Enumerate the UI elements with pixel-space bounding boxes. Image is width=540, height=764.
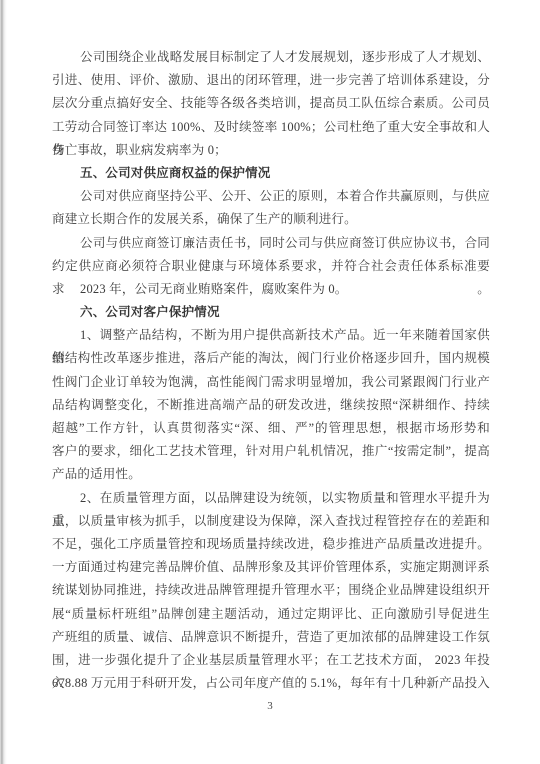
text-line: 统谋划协同推进，持续改进品牌管理提升管理水平；围绕企业品牌建设组织开 <box>52 579 490 602</box>
page-number: 3 <box>0 699 540 713</box>
text-line: 点，以质量审核为抓手，以制度建设为保障，深入查找过程管控存在的差距和 <box>52 510 490 533</box>
text-line: 展“质量标杆班组”品牌创建主题活动，通过定期评比、正向激励引导促进生 <box>52 603 490 626</box>
text-line: 超越”工作方针，认真贯彻落实“深、细、严”的管理思想，根据市场形势和 <box>52 417 490 440</box>
text-line: 引进、使用、评价、激励、退出的闭环管理，进一步完善了培训体系建设，分 <box>52 69 490 92</box>
text-line: 层次分重点搞好安全、技能等各级各类培训，提高员工队伍综合素质。公司员 <box>52 92 490 115</box>
text-line: 约定供应商必须符合职业健康与环境体系要求，并符合社会责任体系标准要求。 <box>52 255 490 278</box>
text-line: 工劳动合同签订率达 100%、及时续签率 100%；公司杜绝了重大安全事故和人身 <box>52 116 490 139</box>
text-line: 公司与供应商签订廉洁责任书，同时公司与供应商签订供应协议书，合同 <box>52 232 490 255</box>
text-line: 2、在质量管理方面，以品牌建设为统领，以实物质量和管理水平提升为重 <box>52 487 490 510</box>
text-line: 围，进一步强化提升了企业基层质量管理水平；在工艺技术方面， 2023 年投入 <box>52 649 490 672</box>
text-line: 公司对供应商坚持公平、公开、公正的原则，本着合作共赢原则，与供应 <box>52 185 490 208</box>
document-body: 公司围绕企业战略发展目标制定了人才发展规划，逐步形成了人才规划、引进、使用、评价… <box>52 46 490 695</box>
text-line: 一方面通过构建完善品牌价值、品牌形象及其评价管理体系，实施定期测评系 <box>52 556 490 579</box>
text-line: 产班组的质量、诚信、品牌意识不断提升，营造了更加浓郁的品牌建设工作氛 <box>52 626 490 649</box>
text-line: 伤亡事故，职业病发病率为 0； <box>52 139 490 162</box>
scan-edge-artifact <box>0 0 7 764</box>
text-line: 性阀门企业订单较为饱满，高性能阀门需求明显增加，我公司紧跟阀门行业产 <box>52 371 490 394</box>
text-line: 品结构调整变化，不断推进高端产品的研发改进，继续按照“深耕细作、持续 <box>52 394 490 417</box>
text-line: 产品的适用性。 <box>52 463 490 486</box>
section-heading: 六、公司对客户保护情况 <box>52 301 490 324</box>
document-page: 公司围绕企业战略发展目标制定了人才发展规划，逐步形成了人才规划、引进、使用、评价… <box>0 0 540 764</box>
text-line: 客户的要求，细化工艺技术管理，针对用户轧机情况，推广“按需定制”，提高 <box>52 440 490 463</box>
section-heading: 五、公司对供应商权益的保护情况 <box>52 162 490 185</box>
text-line: 678.88 万元用于科研开发，占公司年度产值的 5.1%，每年有十几种新产品投… <box>52 672 490 695</box>
text-line: 1、调整产品结构，不断为用户提供高新技术产品。近一年来随着国家供给 <box>52 324 490 347</box>
text-line: 侧结构性改革逐步推进，落后产能的淘汰，阀门行业价格逐步回升，国内规模 <box>52 347 490 370</box>
text-line: 不足，强化工序质量管控和现场质量持续改进，稳步推进产品质量改进提升。 <box>52 533 490 556</box>
text-line: 公司围绕企业战略发展目标制定了人才发展规划，逐步形成了人才规划、 <box>52 46 490 69</box>
text-line: 商建立长期合作的发展关系，确保了生产的顺利进行。 <box>52 208 490 231</box>
